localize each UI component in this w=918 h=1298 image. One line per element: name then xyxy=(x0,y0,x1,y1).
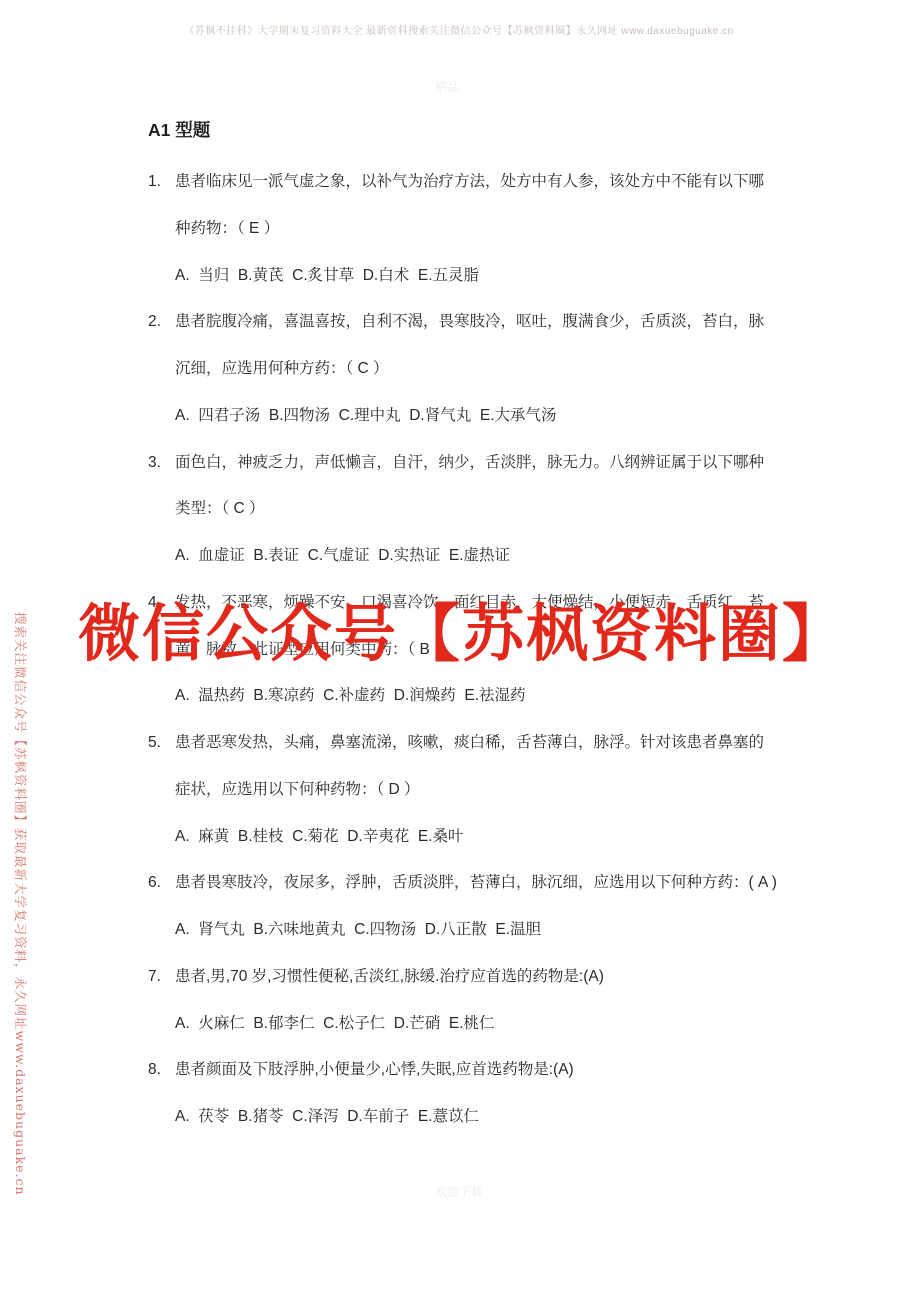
question-text: 患者临床见一派气虚之象，以补气为治疗方法，处方中有人参，该处方中不能有以下哪 xyxy=(175,173,764,190)
question-number: 6. xyxy=(148,860,175,907)
question-number: 8. xyxy=(148,1047,175,1094)
question-text: 沉细，应选用何种方药：（ C ） xyxy=(148,346,788,393)
question-3: 3.面色白，神疲乏力，声低懒言，自汗，纳少，舌淡胖，脉无力。八纲辨证属于以下哪种… xyxy=(148,440,788,580)
section-title: A1 型题 xyxy=(148,107,788,154)
question-text: 患者恶寒发热，头痛，鼻塞流涕，咳嗽，痰白稀，舌苔薄白，脉浮。针对该患者鼻塞的 xyxy=(175,734,764,751)
question-number: 3. xyxy=(148,440,175,487)
faint-bottom-mark: 欢迎下载 xyxy=(0,1183,918,1200)
question-text: 面色白，神疲乏力，声低懒言，自汗，纳少，舌淡胖，脉无力。八纲辨证属于以下哪种 xyxy=(175,454,764,471)
question-options: A. 麻黄 B.桂枝 C.菊花 D.辛夷花 E.桑叶 xyxy=(148,814,788,861)
question-1: 1.患者临床见一派气虚之象，以补气为治疗方法，处方中有人参，该处方中不能有以下哪… xyxy=(148,159,788,299)
question-text: 患者畏寒肢冷，夜尿多，浮肿，舌质淡胖，苔薄白，脉沉细，应选用以下何种方药：( A… xyxy=(175,874,777,891)
question-number: 7. xyxy=(148,954,175,1001)
question-text: 患者,男,70 岁,习惯性便秘,舌淡红,脉缓.治疗应首选的药物是:(A) xyxy=(175,968,604,985)
question-number: 1. xyxy=(148,159,175,206)
question-text: 种药物：（ E ） xyxy=(148,206,788,253)
question-text: 症状，应选用以下何种药物：（ D ） xyxy=(148,767,788,814)
red-watermark-horizontal: 微信公众号【苏枫资料圈】 xyxy=(78,603,846,665)
question-6: 6.患者畏寒肢冷，夜尿多，浮肿，舌质淡胖，苔薄白，脉沉细，应选用以下何种方药：(… xyxy=(148,860,788,954)
question-text: 患者脘腹冷痛，喜温喜按，自利不渴，畏寒肢冷，呕吐，腹满食少，舌质淡，苔白，脉 xyxy=(175,313,764,330)
question-text: 患者颜面及下肢浮肿,小便量少,心悸,失眠,应首选药物是:(A) xyxy=(175,1061,574,1078)
question-options: A. 四君子汤 B.四物汤 C.理中丸 D.肾气丸 E.大承气汤 xyxy=(148,393,788,440)
question-text: 类型：（ C ） xyxy=(148,486,788,533)
question-number: 5. xyxy=(148,720,175,767)
question-8: 8.患者颜面及下肢浮肿,小便量少,心悸,失眠,应首选药物是:(A) A. 茯苓 … xyxy=(148,1047,788,1141)
question-number: 2. xyxy=(148,299,175,346)
document-page: 《苏枫不挂科》大学期末复习资料大全 最新资料搜索关注微信公众号【苏枫资料圈】永久… xyxy=(0,0,918,1298)
question-options: A. 茯苓 B.猪苓 C.泽泻 D.车前子 E.薏苡仁 xyxy=(148,1094,788,1141)
question-5: 5.患者恶寒发热，头痛，鼻塞流涕，咳嗽，痰白稀，舌苔薄白，脉浮。针对该患者鼻塞的… xyxy=(148,720,788,860)
document-body: A1 型题 1.患者临床见一派气虚之象，以补气为治疗方法，处方中有人参，该处方中… xyxy=(148,0,788,1141)
question-options: A. 肾气丸 B.六味地黄丸 C.四物汤 D.八正散 E.温胆 xyxy=(148,907,788,954)
question-options: A. 当归 B.黄芪 C.炙甘草 D.白术 E.五灵脂 xyxy=(148,253,788,300)
question-7: 7.患者,男,70 岁,习惯性便秘,舌淡红,脉缓.治疗应首选的药物是:(A) A… xyxy=(148,954,788,1048)
red-watermark-vertical: 搜索关注微信公众号【苏枫资料圈】获取最新大学复习资料，永久网址www.daxue… xyxy=(12,612,30,1196)
question-2: 2.患者脘腹冷痛，喜温喜按，自利不渴，畏寒肢冷，呕吐，腹满食少，舌质淡，苔白，脉… xyxy=(148,299,788,439)
question-options: A. 血虚证 B.表证 C.气虚证 D.实热证 E.虚热证 xyxy=(148,533,788,580)
question-options: A. 火麻仁 B.郁李仁 C.松子仁 D.芒硝 E.桃仁 xyxy=(148,1001,788,1048)
question-options: A. 温热药 B.寒凉药 C.补虚药 D.润燥药 E.祛湿药 xyxy=(148,673,788,720)
